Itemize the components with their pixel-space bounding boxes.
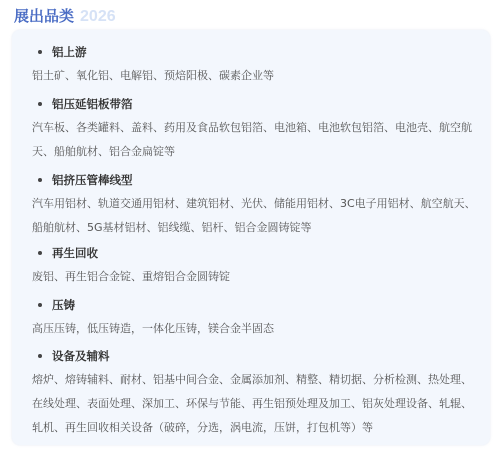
category-heading: 再生回收 [32,243,480,263]
bullet-icon [38,102,42,106]
category-section-rolling: 铝压延铝板带箔 汽车板、各类罐料、盖料、药用及食品软包铝箔、电池箱、电池软包铝箔… [32,94,480,164]
category-description: 废铝、再生铝合金锭、重熔铝合金圆铸锭 [32,265,480,289]
category-description: 铝土矿、氧化铝、电解铝、预焙阳极、碳素企业等 [32,64,480,88]
page-title: 展出品类2026 [14,4,116,28]
category-heading: 设备及辅料 [32,346,480,366]
category-heading: 压铸 [32,295,480,315]
category-description: 熔炉、熔铸辅料、耐材、铝基中间合金、金属添加剂、精整、精切据、分析检测、热处理、… [32,368,480,440]
bullet-icon [38,354,42,358]
category-section-extrusion: 铝挤压管棒线型 汽车用铝材、轨道交通用铝材、建筑铝材、光伏、储能用铝材、3C电子… [32,170,480,240]
category-section-upstream: 铝上游 铝土矿、氧化铝、电解铝、预焙阳极、碳素企业等 [32,42,480,88]
category-description: 汽车用铝材、轨道交通用铝材、建筑铝材、光伏、储能用铝材、3C电子用铝材、航空航天… [32,192,480,240]
category-panel: 铝上游 铝土矿、氧化铝、电解铝、预焙阳极、碳素企业等 铝压延铝板带箔 汽车板、各… [12,30,490,445]
category-heading: 铝上游 [32,42,480,62]
bullet-icon [38,303,42,307]
category-heading: 铝挤压管棒线型 [32,170,480,190]
category-section-equipment: 设备及辅料 熔炉、熔铸辅料、耐材、铝基中间合金、金属添加剂、精整、精切据、分析检… [32,346,480,440]
category-section-recycling: 再生回收 废铝、再生铝合金锭、重熔铝合金圆铸锭 [32,243,480,289]
bullet-icon [38,50,42,54]
title-text: 展出品类 [14,7,74,25]
title-year: 2026 [80,8,116,25]
category-heading: 铝压延铝板带箔 [32,94,480,114]
category-description: 高压压铸，低压铸造，一体化压铸，镁合金半固态 [32,317,480,341]
category-section-die-casting: 压铸 高压压铸，低压铸造，一体化压铸，镁合金半固态 [32,295,480,341]
category-description: 汽车板、各类罐料、盖料、药用及食品软包铝箔、电池箱、电池软包铝箔、电池壳、航空航… [32,116,480,164]
bullet-icon [38,251,42,255]
bullet-icon [38,178,42,182]
